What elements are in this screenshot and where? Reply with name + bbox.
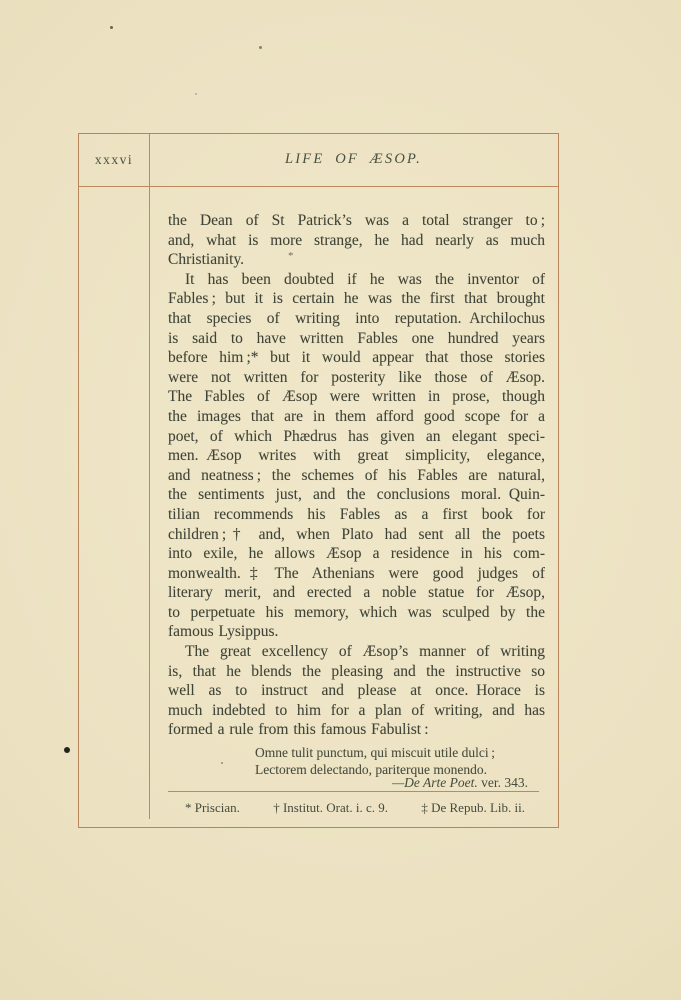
text-line: well as to instruct and please at once. …: [168, 681, 545, 701]
text-line: monwealth.‡ The Athenians were good judg…: [168, 564, 545, 584]
text-line: children ;† and, when Plato had sent all…: [168, 525, 545, 545]
text-line: that species of writing into reputation.…: [168, 309, 545, 329]
footnote-item: ‡ De Repub. Lib. ii.: [421, 800, 525, 816]
book-page: * xxxvi LIFE OF ÆSOP. the Dean of St Pat…: [0, 0, 681, 1000]
running-title: LIFE OF ÆSOP.: [149, 151, 558, 168]
text-line: Christianity.: [168, 250, 545, 270]
footnote-item: † Institut. Orat. i. c. 9.: [273, 800, 388, 816]
text-line: poet, of which Phædrus has given an eleg…: [168, 427, 545, 447]
margin-divider-line: [149, 134, 150, 819]
ink-dot: [64, 747, 70, 753]
text-line: before him ;* but it would appear that t…: [168, 348, 545, 368]
text-line: and neatness ; the schemes of his Fables…: [168, 466, 545, 486]
paper-speck: [259, 46, 262, 49]
text-line: Fables ; but it is certain he was the fi…: [168, 289, 545, 309]
page-frame: xxxvi LIFE OF ÆSOP. the Dean of St Patri…: [78, 133, 559, 828]
paragraph: The great excellency of Æsop’s manner of…: [168, 642, 545, 740]
text-line: literary merit, and erected a noble stat…: [168, 583, 545, 603]
footnote-item: * Priscian.: [185, 800, 240, 816]
text-line: into exile, he allows Æsop a residence i…: [168, 544, 545, 564]
verse-quote: Omne tulit punctum, qui miscuit utile du…: [168, 745, 545, 778]
body-text: the Dean of St Patrick’s was a total str…: [168, 211, 545, 740]
text-line: tilian recommends his Fables as a first …: [168, 505, 545, 525]
text-line: formed a rule from this famous Fabulist …: [168, 720, 545, 740]
text-line: were not written for posterity like thos…: [168, 368, 545, 388]
paragraph: It has been doubted if he was the invent…: [168, 270, 545, 642]
attribution-reference: ver. 343.: [478, 775, 528, 790]
header-rule: [79, 186, 558, 187]
text-line: It has been doubted if he was the invent…: [168, 270, 545, 290]
text-line: to perpetuate his memory, which was scul…: [168, 603, 545, 623]
text-line: the Dean of St Patrick’s was a total str…: [168, 211, 545, 231]
verse-line: Omne tulit punctum, qui miscuit utile du…: [255, 745, 545, 762]
paper-speck: [110, 26, 113, 29]
page-number: xxxvi: [79, 152, 149, 168]
text-line: The Fables of Æsop were written in prose…: [168, 387, 545, 407]
text-line: much indebted to him for a plan of writi…: [168, 701, 545, 721]
text-line: is, that he blends the pleasing and the …: [168, 662, 545, 682]
text-line: and, what is more strange, he had nearly…: [168, 231, 545, 251]
attribution-source: —De Arte Poet.: [392, 775, 478, 790]
text-line: famous Lysippus.: [168, 622, 545, 642]
text-line: the images that are in them afford good …: [168, 407, 545, 427]
text-line: men. Æsop writes with great simplicity, …: [168, 446, 545, 466]
footnote-rule: [168, 791, 539, 792]
footnotes-row: * Priscian.† Institut. Orat. i. c. 9.‡ D…: [168, 800, 545, 816]
text-line: The great excellency of Æsop’s manner of…: [168, 642, 545, 662]
text-line: the sentiments just, and the conclusions…: [168, 485, 545, 505]
paragraph: the Dean of St Patrick’s was a total str…: [168, 211, 545, 270]
text-line: is said to have written Fables one hundr…: [168, 329, 545, 349]
verse-attribution: —De Arte Poet. ver. 343.: [168, 775, 545, 791]
paper-speck: [195, 93, 197, 95]
